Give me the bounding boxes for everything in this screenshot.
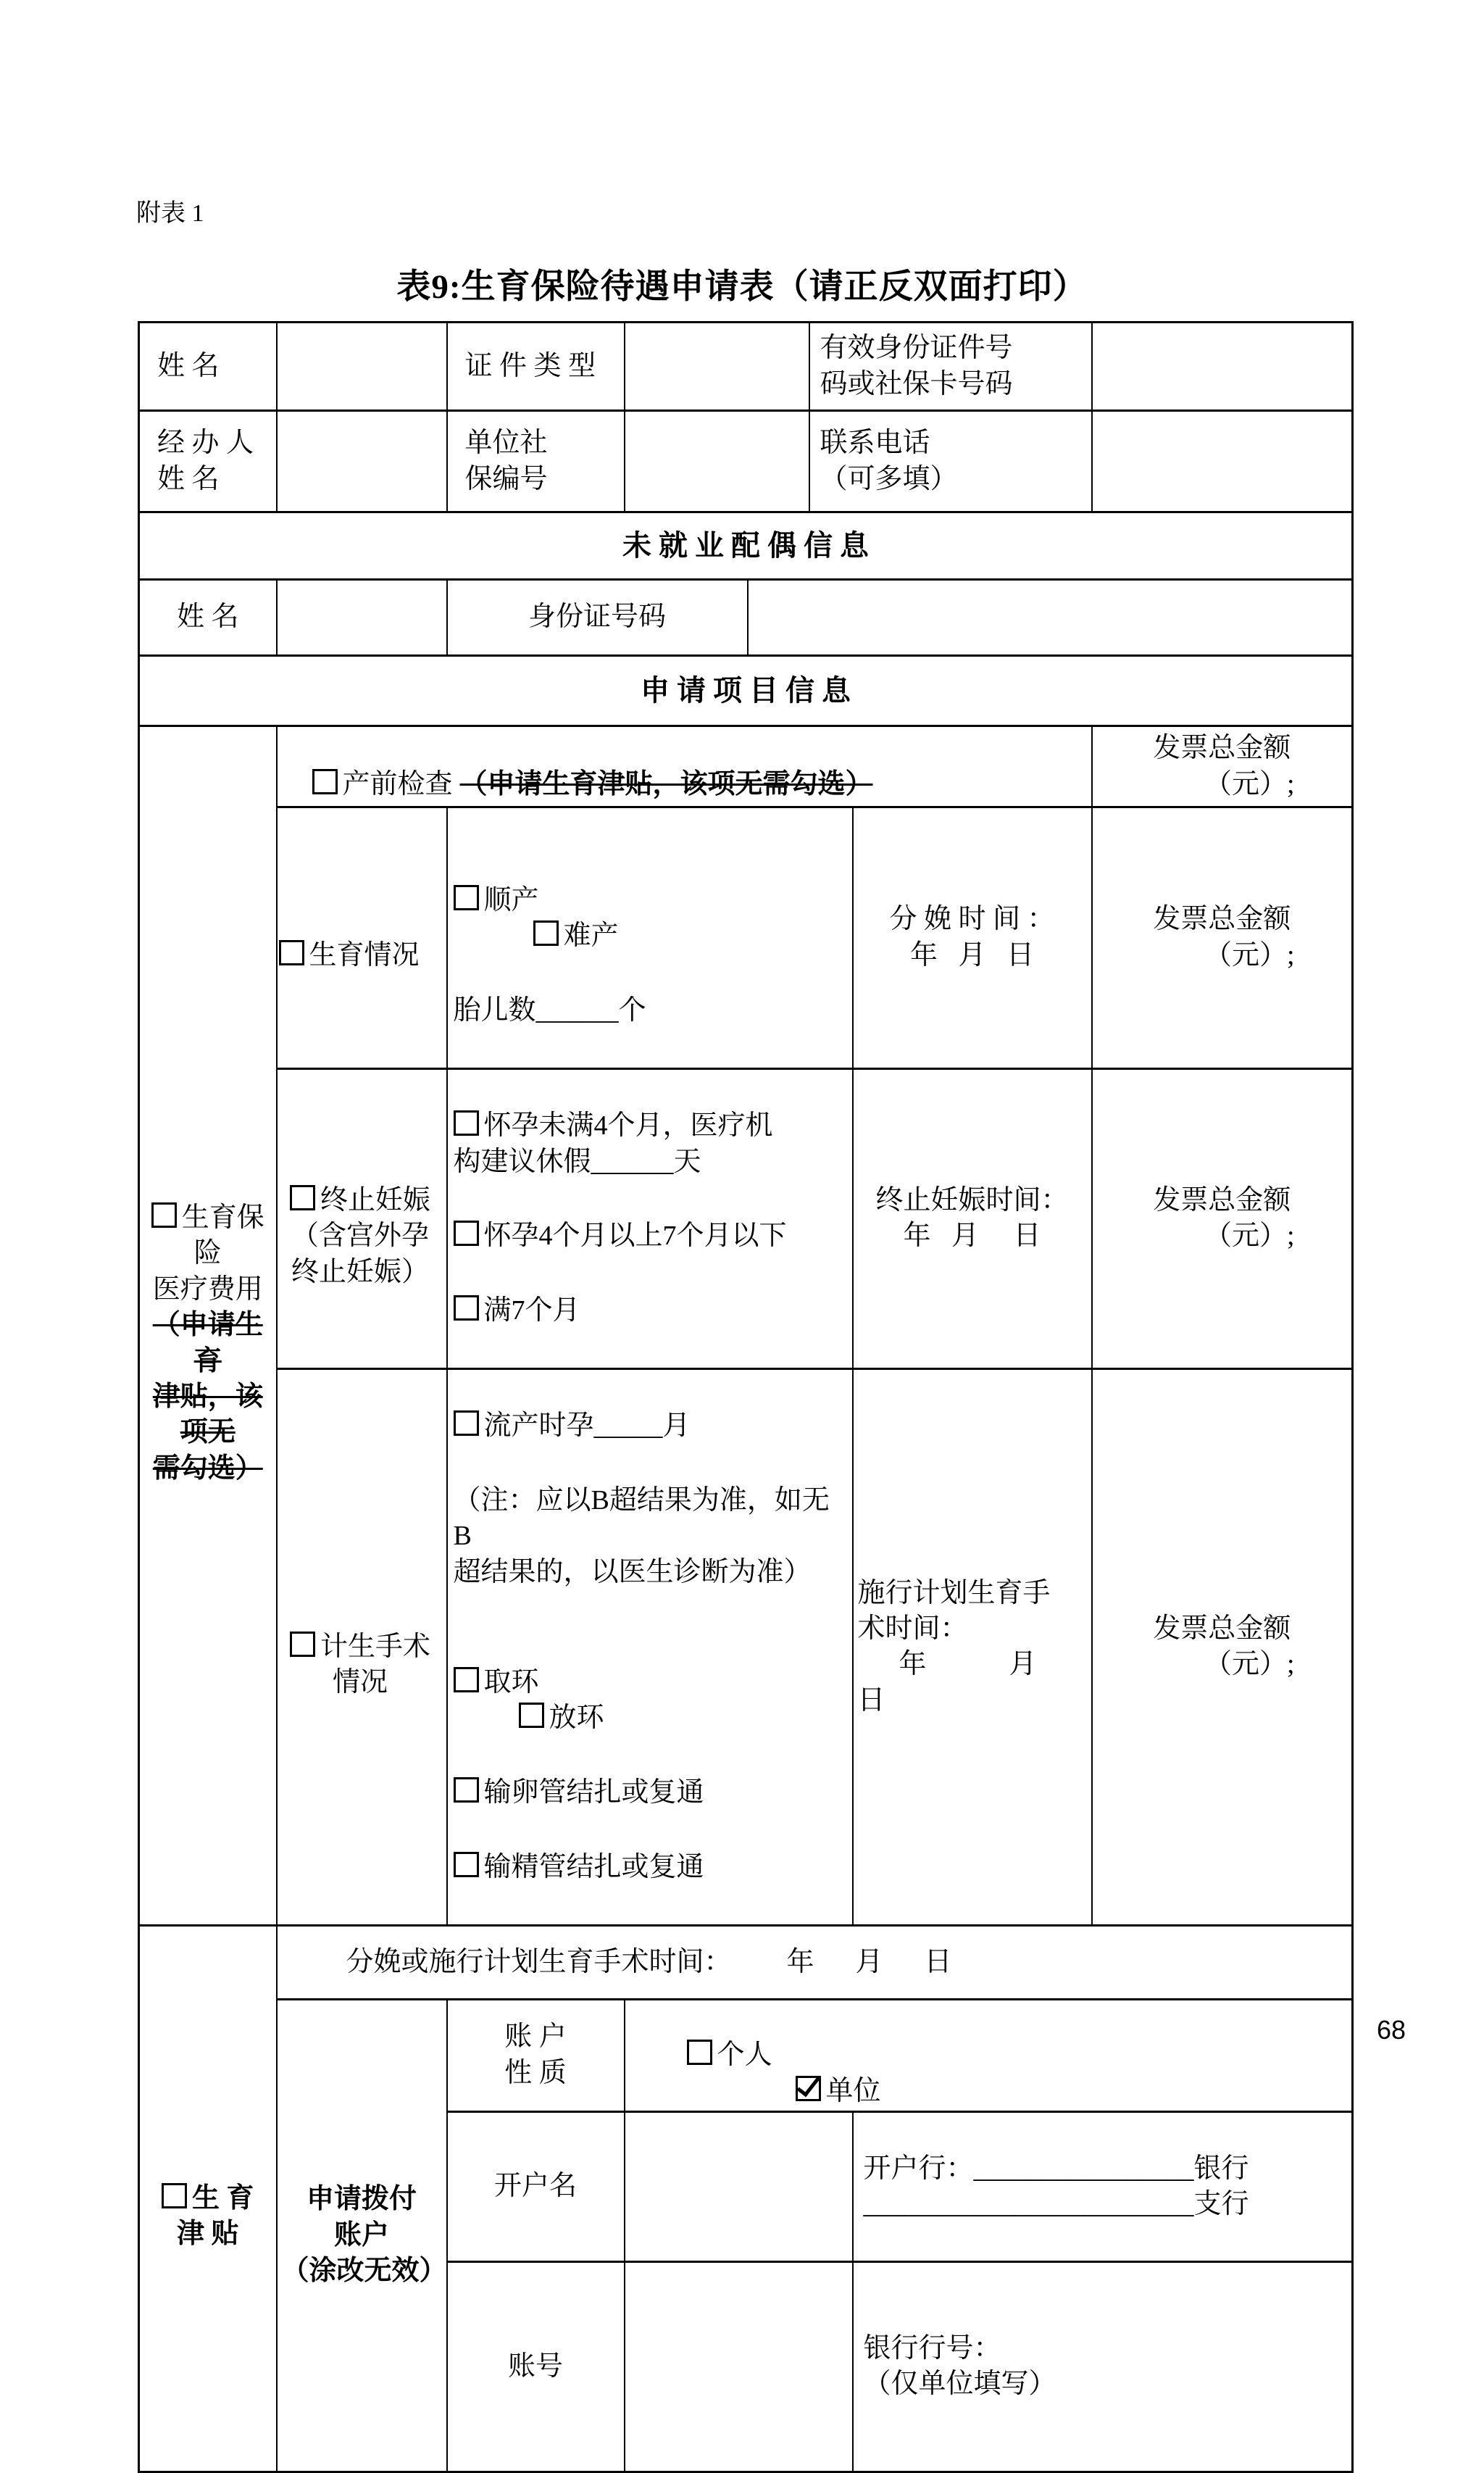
application-form-table: 姓 名 证 件 类 型 有效身份证件号 码或社保卡号码 经 办 人 姓 名 单位… (138, 321, 1354, 2473)
spouse-section-header: 未 就 业 配 偶 信 息 (139, 512, 1353, 580)
birth-status-cell: 生育情况 (277, 807, 447, 1069)
bank-code-cell[interactable]: 银行行号： （仅单位填写） (853, 2261, 1353, 2472)
termination-checkbox[interactable] (290, 1185, 315, 1210)
prenatal-check-cell: 产前检查（申请生育津贴，该项无需勾选） (277, 726, 1092, 807)
account-type-options-cell: 个人 单位 (625, 1999, 1353, 2111)
iud-insertion-checkbox[interactable] (519, 1703, 544, 1728)
spouse-id-label: 身份证号码 (447, 580, 748, 656)
unit-account-label: 单位 (826, 2076, 881, 2106)
prenatal-checkbox[interactable] (312, 769, 338, 794)
termination-cell: 终止妊娠 （含宫外孕 终止妊娠） (277, 1068, 447, 1368)
spouse-name-value-cell[interactable] (277, 580, 447, 656)
account-number-value-cell[interactable] (625, 2261, 853, 2472)
pregnancy-under-4m-label: 怀孕未满4个月，医疗机 构建议休假______天 (454, 1110, 773, 1176)
abortion-checkbox[interactable] (454, 1410, 479, 1436)
tubal-ligation-checkbox[interactable] (454, 1777, 479, 1803)
iud-insertion-label: 放环 (549, 1703, 604, 1733)
medical-expense-cell: 生育保险 医疗费用 （申请生育 津贴，该项无 需勾选） (139, 726, 277, 1926)
personal-account-label: 个人 (717, 2040, 772, 2070)
prenatal-label: 产前检查 (343, 769, 453, 799)
birth-invoice-total: 发票总金额 （元）; (1092, 807, 1353, 1069)
page-number: 68 (1377, 2015, 1406, 2045)
agent-name-label: 经 办 人 姓 名 (139, 411, 277, 512)
birth-status-checkbox[interactable] (279, 940, 304, 965)
payment-account-cell: 申请拨付 账户 （涂改无效） (277, 1999, 447, 2472)
medical-expense-checkbox[interactable] (151, 1202, 177, 1228)
tubal-ligation-label: 输卵管结扎或复通 (484, 1777, 704, 1808)
allowance-label: 生 育 津 贴 (177, 2183, 254, 2249)
account-name-label: 开户名 (447, 2111, 625, 2261)
pregnancy-over-7m-label: 满7个月 (484, 1295, 580, 1326)
phone-label: 联系电话 （可多填） (809, 411, 1092, 512)
natural-delivery-checkbox[interactable] (454, 885, 479, 910)
natural-delivery-label: 顺产 (484, 885, 539, 915)
pregnancy-over-7m-checkbox[interactable] (454, 1295, 479, 1321)
unit-ss-label: 单位社 保编号 (447, 411, 625, 512)
fetus-count-line[interactable]: 胎儿数______个 (454, 993, 848, 1028)
unit-account-checkbox-checked[interactable] (796, 2076, 821, 2101)
delivery-time-cell: 分 娩 时 间 ： 年 月 日 (853, 807, 1092, 1069)
abortion-label: 流产时孕_____月 (484, 1410, 691, 1441)
bank-branch-cell[interactable]: 开户行：________________银行 _________________… (853, 2111, 1353, 2261)
surgery-time-cell: 施行计划生育手 术时间： 年 月 日 (853, 1368, 1092, 1925)
vasectomy-checkbox[interactable] (454, 1852, 479, 1877)
account-number-label: 账号 (447, 2261, 625, 2472)
family-planning-surgery-checkbox[interactable] (290, 1632, 315, 1657)
medical-expense-note: （申请生育 津贴，该项无 需勾选） (153, 1310, 263, 1484)
allowance-cell: 生 育 津 贴 (139, 1925, 277, 2472)
phone-value-cell[interactable] (1092, 411, 1353, 512)
allowance-checkbox[interactable] (162, 2183, 187, 2208)
termination-detail-cell: 怀孕未满4个月，医疗机 构建议休假______天 怀孕4个月以上7个月以下 满7… (447, 1068, 853, 1368)
surgery-note: （注：应以B超结果为准，如无B 超结果的，以医生诊断为准） (454, 1483, 848, 1590)
prenatal-note: （申请生育津贴，该项无需勾选） (460, 769, 873, 799)
spouse-name-label: 姓 名 (139, 580, 277, 656)
account-name-value-cell[interactable] (625, 2111, 853, 2261)
vasectomy-label: 输精管结扎或复通 (484, 1852, 704, 1882)
difficult-delivery-checkbox[interactable] (533, 920, 559, 946)
family-planning-surgery-label: 计生手术 情况 (320, 1632, 430, 1697)
birth-status-label: 生育情况 (309, 940, 420, 971)
surgery-cell: 计生手术 情况 (277, 1368, 447, 1925)
termination-time-cell: 终止妊娠时间： 年 月 日 (853, 1068, 1092, 1368)
id-number-label: 有效身份证件号 码或社保卡号码 (809, 323, 1092, 411)
difficult-delivery-label: 难产 (564, 920, 619, 951)
termination-invoice-total: 发票总金额 （元）; (1092, 1068, 1353, 1368)
cert-type-value-cell[interactable] (625, 323, 809, 411)
pregnancy-4-to-7m-checkbox[interactable] (454, 1221, 479, 1246)
attachment-note: 附表 1 (136, 193, 204, 228)
cert-type-label: 证 件 类 型 (447, 323, 625, 411)
allowance-delivery-time-cell[interactable]: 分娩或施行计划生育手术时间： 年 月 日 (277, 1925, 1353, 1999)
iud-removal-label: 取环 (484, 1667, 539, 1697)
spouse-id-value-cell[interactable] (748, 580, 1353, 656)
name-label: 姓 名 (139, 323, 277, 411)
account-type-label: 账 户 性 质 (447, 1999, 625, 2111)
name-value-cell[interactable] (277, 323, 447, 411)
personal-account-checkbox[interactable] (687, 2040, 712, 2065)
page-title: 表9:生育保险待遇申请表（请正反双面打印） (0, 259, 1484, 308)
unit-ss-value-cell[interactable] (625, 411, 809, 512)
apply-section-header: 申 请 项 目 信 息 (139, 656, 1353, 726)
surgery-invoice-total: 发票总金额 （元）; (1092, 1368, 1353, 1925)
agent-name-value-cell[interactable] (277, 411, 447, 512)
iud-removal-checkbox[interactable] (454, 1667, 479, 1692)
id-number-value-cell[interactable] (1092, 323, 1353, 411)
pregnancy-4-to-7m-label: 怀孕4个月以上7个月以下 (484, 1221, 787, 1251)
birth-detail-cell: 顺产 难产 胎儿数______个 (447, 807, 853, 1069)
pregnancy-under-4m-checkbox[interactable] (454, 1110, 479, 1136)
prenatal-invoice-total: 发票总金额 （元）; (1092, 726, 1353, 807)
surgery-detail-cell: 流产时孕_____月 （注：应以B超结果为准，如无B 超结果的，以医生诊断为准）… (447, 1368, 853, 1925)
